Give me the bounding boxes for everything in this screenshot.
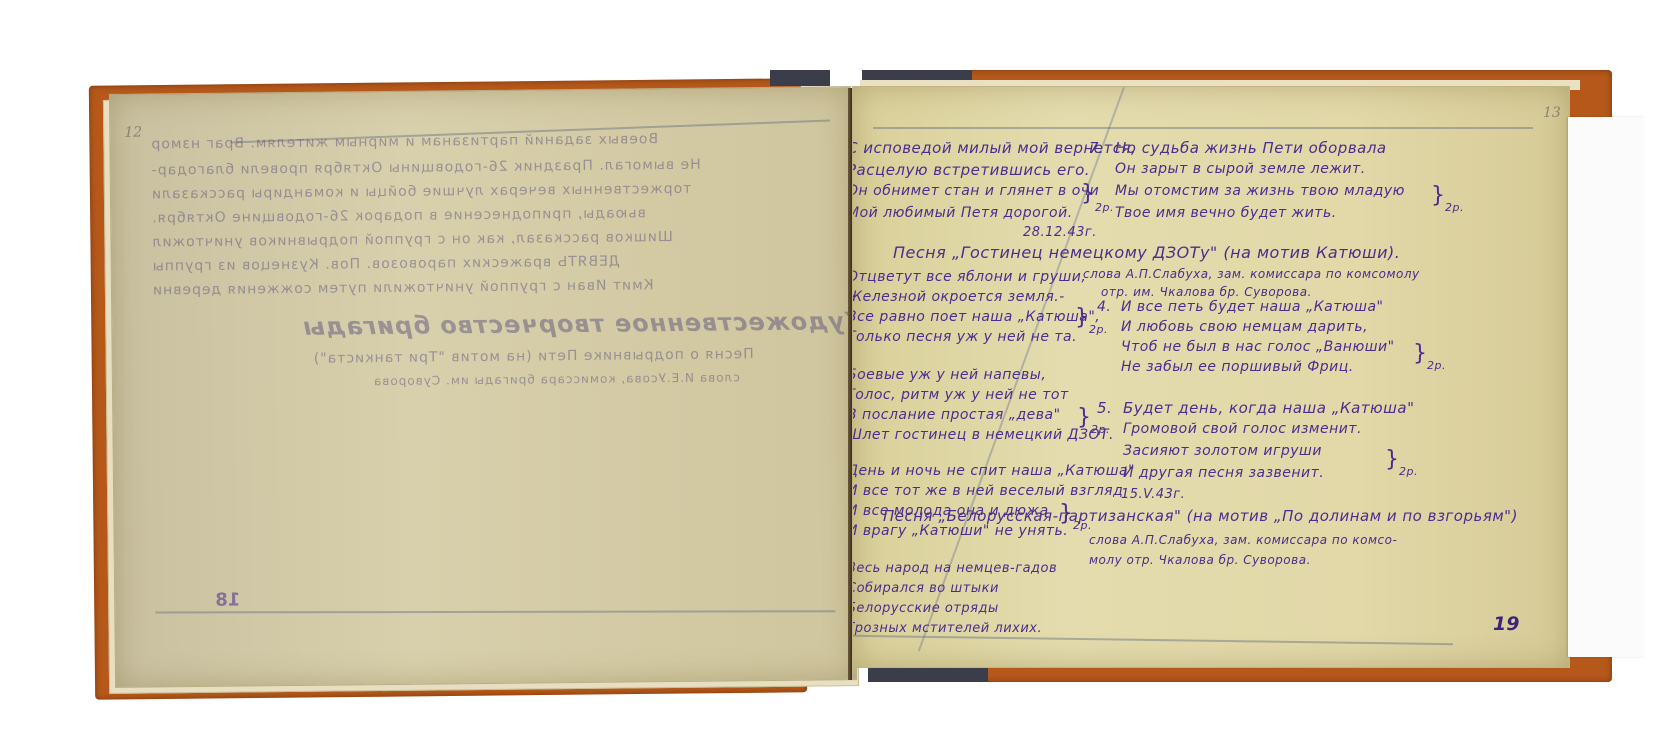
lyric-line: Собирался во штыки (852, 581, 999, 596)
repeat-brace: } (1431, 183, 1445, 208)
lyric-line: Мы отомстим за жизнь твою младую (1115, 183, 1405, 199)
bleed-line: Не вымогал. Праздник 26-годовщины Октябр… (151, 157, 701, 179)
lyric-line: Боевые уж у ней напевы, (852, 367, 1046, 383)
lyric-line: Твое имя вечно будет жить. (1115, 205, 1337, 221)
repeat-mark: 2р. (1091, 423, 1110, 436)
lyric-line: И врагу „Катюши" не унять. (852, 523, 1068, 539)
lyric-line: Он обнимет стан и глянет в очи (852, 183, 1099, 199)
lyric-line: Шлет гостинец в немецкий ДЗОТ. (852, 427, 1114, 443)
lyric-line: Будет день, когда наша „Катюша" (1123, 399, 1414, 417)
song-author: слова А.П.Слабуха, зам. комиссара по ком… (1083, 267, 1420, 281)
repeat-brace: } (1075, 305, 1089, 330)
verse-number: 7. (1089, 139, 1104, 157)
page-number-left: 18 (215, 590, 240, 611)
lyric-line: Мой любимый Петя дорогой. (852, 205, 1073, 221)
repeat-brace: } (1077, 405, 1091, 430)
song-title: Песня „Гостинец немецкому ДЗОТу" (на мот… (893, 243, 1400, 262)
lyric-line: И любовь свою немцам дарить, (1121, 319, 1368, 335)
date: 15.V.43г. (1121, 487, 1185, 502)
lyric-line: Громовой свой голос изменит. (1123, 421, 1362, 437)
ruled-line (155, 610, 835, 613)
song-author: слова А.П.Слабуха, зам. комиссара по ком… (1089, 533, 1397, 547)
repeat-mark: 2р. (1427, 359, 1446, 372)
lyric-line: И все петь будет наша „Катюша" (1121, 299, 1384, 315)
repeat-brace: } (1081, 181, 1095, 206)
lyric-line: Все равно поет наша „Катюша", (852, 309, 1100, 325)
lyric-line: Чтоб не был в нас голос „Ванюши" (1121, 339, 1395, 355)
lyric-line: Но судьба жизнь Пети оборвала (1115, 139, 1387, 157)
bleed-heading: Художественное творчество бригады (302, 307, 857, 341)
lyric-line: Не забыл ее поршивый Фриц. (1121, 359, 1354, 375)
ruled-line (853, 635, 1453, 645)
ruled-line (873, 127, 1533, 129)
lyric-line: Он зарыт в сырой земле лежит. (1115, 161, 1366, 177)
song-author: отр. им. Чкалова бр. Суворова. (1101, 285, 1312, 299)
bleed-line: Воевых заданий партизанам и мирным жител… (150, 131, 658, 152)
lyric-line: Грозных мстителей лихих. (852, 621, 1042, 636)
lyric-line: И другая песня зазвенит. (1123, 465, 1324, 481)
page-number-right: 19 (1493, 613, 1519, 635)
lyric-line: Отцветут все яблони и груши, (852, 269, 1086, 285)
lyric-line: Голос, ритм уж у ней не тот (852, 387, 1069, 403)
corner-page-number: 12 (124, 125, 142, 141)
lyric-line: Только песня уж у ней не та. (852, 329, 1077, 345)
repeat-mark: 2р. (1399, 465, 1418, 478)
lyric-line: Белорусские отряды (852, 601, 999, 616)
repeat-brace: } (1385, 447, 1399, 472)
lyric-line: В послание простая „дева" (852, 407, 1061, 423)
book-spine (770, 70, 830, 86)
date: 28.12.43г. (1023, 225, 1097, 240)
repeat-mark: 2р. (1095, 201, 1114, 214)
repeat-mark: 2р. (1445, 201, 1464, 214)
bleed-subheading: Песня о подрывнике Пети (на мотив "Три т… (313, 346, 754, 367)
bleed-line: Кмит Иван с группой уничтожили путем сож… (152, 277, 654, 298)
bleed-line: Шишков рассказал, как он с группой подры… (151, 229, 672, 250)
verse-number: 4. (1097, 299, 1111, 315)
lyric-line: Весь народ на немцев-гадов (852, 561, 1057, 576)
inserted-paper-sheet (1568, 117, 1644, 657)
bleed-author: слова И.Е.Усова, комиссара бригады им. С… (373, 370, 740, 388)
verse-number: 5. (1097, 399, 1112, 417)
bleed-line: вьюады, приподнесение в подарок 26-годов… (151, 205, 646, 226)
song-author: молу отр. Чкалова бр. Суворова. (1089, 553, 1311, 567)
bleed-line: торжественных вечерах лучшие бойцы и ком… (151, 181, 692, 203)
right-page: 13 С исповедой милый мой вернется, Расце… (852, 86, 1570, 668)
bleed-line: ДЕВЯТЬ вражеских паровозов. Пов. Кузнецо… (152, 254, 620, 275)
repeat-brace: } (1413, 341, 1427, 366)
song-title: Песня „Белорусская-партизанская" (на мот… (883, 507, 1518, 525)
left-page: 12 Воевых заданий партизанам и мирным жи… (109, 86, 857, 688)
lyric-line: День и ночь не спит наша „Катюша" (852, 463, 1135, 479)
lyric-line: Расцелую встретившись его. (852, 161, 1090, 179)
lyric-line: Железной окроется земля.- (852, 289, 1065, 305)
lyric-line: Засияют золотом игруши (1123, 443, 1322, 459)
repeat-mark: 2р. (1089, 323, 1108, 336)
lyric-line: И все тот же в ней веселый взгляд (852, 483, 1123, 499)
corner-page-number: 13 (1543, 105, 1561, 121)
